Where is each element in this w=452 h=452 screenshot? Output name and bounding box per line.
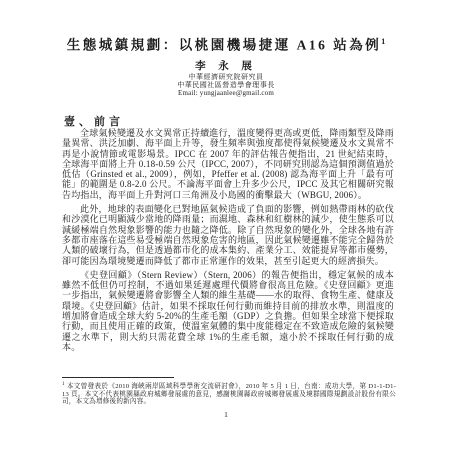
footnote-text: 本文曾發表於《2010 海峽兩岸區域科學學術交流研討會》，2010 年 5 月 …: [62, 383, 396, 405]
footnote: 1本文曾發表於《2010 海峽兩岸區域科學學術交流研討會》，2010 年 5 月…: [62, 381, 396, 406]
author-email: Email: yungjaanlee@gmail.com: [0, 89, 452, 97]
paper-header: 生態城鎮規劃：以桃園機場捷運 A16 站為例1 李 永 展 中華經濟研究院研究員…: [0, 34, 452, 97]
author-affiliation-2: 中華民國社區營造學會理事長: [0, 81, 452, 89]
paragraph-3: 《史登回顧》（Stern Review）（Stern, 2006）的報告便指出，…: [62, 270, 394, 352]
page-title: 生態城鎮規劃：以桃園機場捷運 A16 站為例1: [0, 34, 452, 54]
body-text: 全球氣候變遷及水文異常正持續進行，溫度變得更高或更低，降雨類型及降雨量異常、洪泛…: [62, 128, 394, 356]
section-heading-introduction: 壹、前言: [64, 113, 124, 129]
footnote-separator: [62, 377, 174, 378]
paragraph-1: 全球氣候變遷及水文異常正持續進行，溫度變得更高或更低，降雨類型及降雨量異常、洪泛…: [62, 128, 394, 200]
title-text: 生態城鎮規劃：以桃園機場捷運 A16 站為例: [67, 38, 382, 53]
page-number: 1: [0, 410, 452, 419]
paper-page: 生態城鎮規劃：以桃園機場捷運 A16 站為例1 李 永 展 中華經濟研究院研究員…: [0, 0, 452, 452]
title-footnote-marker: 1: [381, 37, 385, 46]
author-affiliation-1: 中華經濟研究院研究員: [0, 73, 452, 81]
paragraph-2: 此外，地球的表面變化已對地區氣候造成了負面的影響，例如熱帶雨林的砍伐和沙漠化已明…: [62, 204, 394, 266]
author-name: 李 永 展: [0, 61, 452, 73]
footnote-marker: 1: [62, 382, 65, 387]
